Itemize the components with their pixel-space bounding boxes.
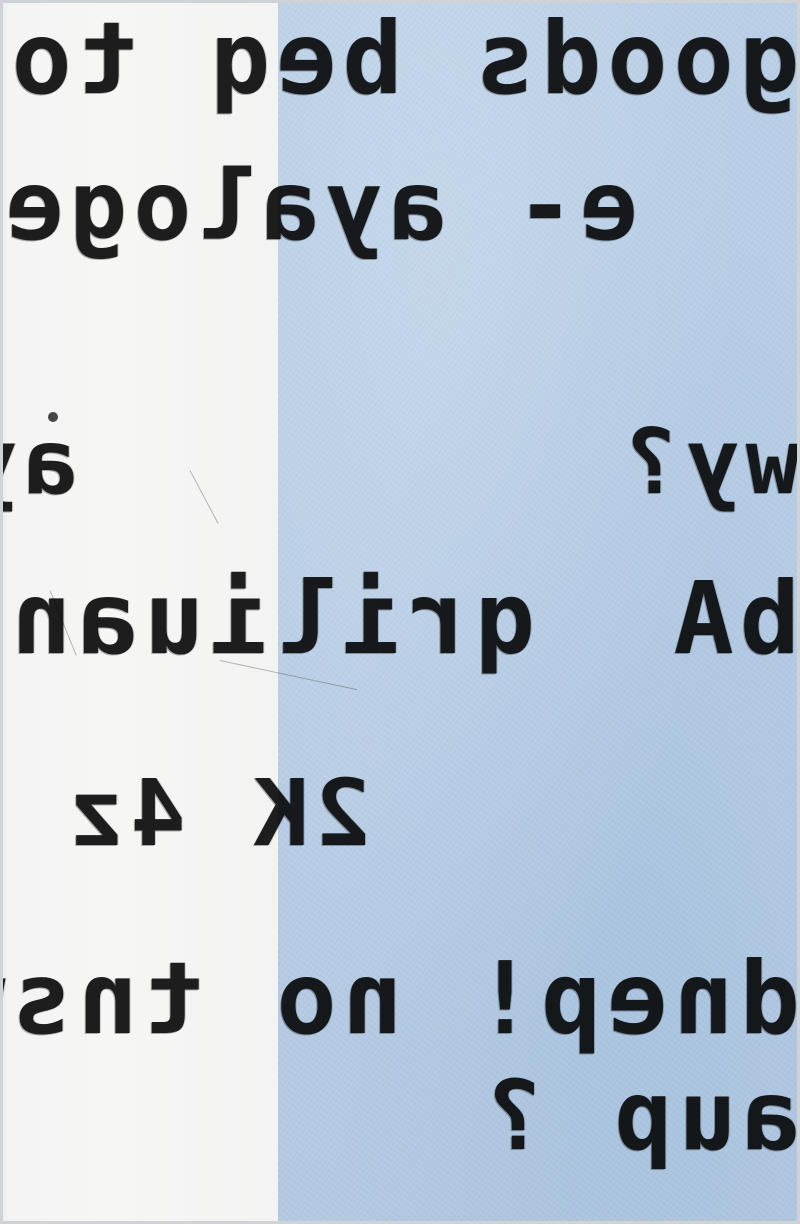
stamped-text-line: 2K 4z xyxy=(0,760,800,867)
stamped-text-line: dnep! no tnsw xyxy=(0,940,800,1057)
stamped-text-line: wy? ayb xyxy=(0,410,800,515)
artwork: goods beq to g e- ayaloge wy? ayb bA qri… xyxy=(0,0,800,1224)
stamped-text-line: e- ayaloge xyxy=(0,150,800,262)
stamped-text-line: aup ? x xyxy=(0,1060,800,1172)
stamped-text-line: goods beq to g xyxy=(0,0,800,117)
stamped-text-line: bA qriliuanatsm xyxy=(0,560,800,677)
